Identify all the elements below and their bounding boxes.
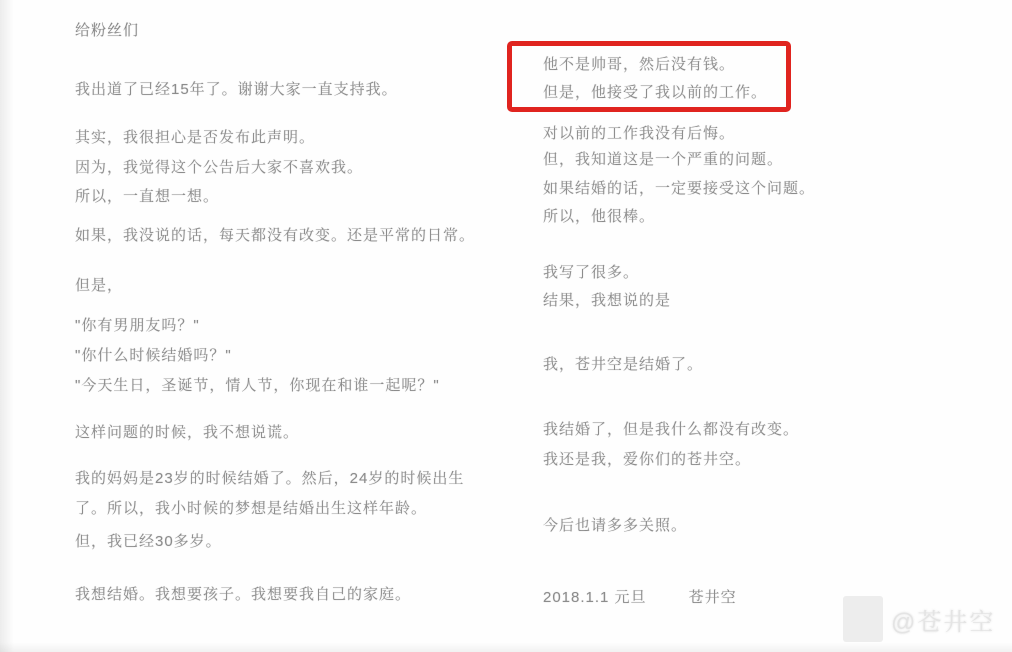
letter-line: 如果结婚的话，一定要接受这个问题。: [543, 180, 815, 198]
letter-line: 对以前的工作我没有后悔。: [543, 125, 735, 143]
letter-line: 如果，我没说的话，每天都没有改变。还是平常的日常。: [75, 227, 475, 245]
letter-line: 这样问题的时候，我不想说谎。: [75, 424, 299, 442]
letter-line: 但，我已经30多岁。: [75, 533, 222, 551]
letter-line: 我结婚了，但是我什么都没有改变。: [543, 421, 799, 439]
watermark-icon: [843, 596, 883, 642]
watermark-text: @苍井空: [891, 602, 995, 637]
letter-line: 我写了很多。: [543, 264, 639, 282]
highlight-line: 但是，他接受了我以前的工作。: [543, 84, 767, 102]
letter-line: 我的妈妈是23岁的时候结婚了。然后，24岁的时候出生: [75, 470, 464, 488]
letter-line: 但，我知道这是一个严重的问题。: [543, 151, 783, 169]
letter-line: 今后也请多多关照。: [543, 517, 687, 535]
letter-line: 但是，: [75, 277, 123, 295]
letter-line: 我还是我，爱你们的苍井空。: [543, 451, 751, 469]
letter-line: 因为，我觉得这个公告后大家不喜欢我。: [75, 159, 363, 177]
letter-line: 我出道了已经15年了。谢谢大家一直支持我。: [75, 81, 398, 99]
signature-date: 2018.1.1 元旦: [543, 589, 647, 606]
letter-line: "你有男朋友吗？": [75, 317, 200, 335]
letter-line: 其实，我很担心是否发布此声明。: [75, 129, 315, 147]
letter-line: 了。所以，我小时候的梦想是结婚出生这样年龄。: [75, 500, 427, 518]
letter-line: 所以，他很棒。: [543, 208, 655, 226]
letter-line: "今天生日，圣诞节，情人节，你现在和谁一起呢？": [75, 377, 440, 395]
signature-line: 2018.1.1 元旦苍井空: [543, 586, 737, 607]
letter-line: 我想结婚。我想要孩子。我想要我自己的家庭。: [75, 586, 411, 604]
weibo-watermark: @苍井空: [843, 596, 995, 642]
letter-line: "你什么时候结婚吗？": [75, 347, 232, 365]
letter-line: 结果，我想说的是: [543, 292, 671, 310]
signature-name: 苍井空: [689, 589, 737, 606]
letter-line: 所以，一直想一想。: [75, 188, 219, 206]
highlight-annotation-box: 他不是帅哥，然后没有钱。 但是，他接受了我以前的工作。: [507, 41, 791, 112]
letter-title: 给粉丝们: [75, 22, 139, 40]
highlight-line: 他不是帅哥，然后没有钱。: [543, 56, 735, 74]
letter-line: 我，苍井空是结婚了。: [543, 356, 703, 374]
letter-document: 给粉丝们 我出道了已经15年了。谢谢大家一直支持我。 其实，我很担心是否发布此声…: [0, 0, 1012, 652]
